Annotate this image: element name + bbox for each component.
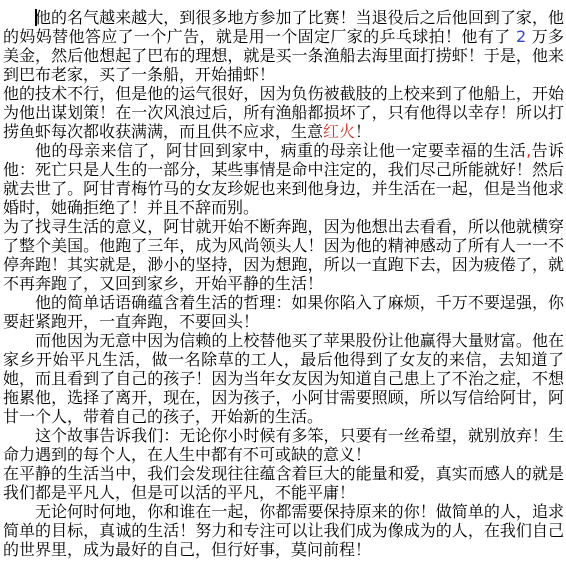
text-run: ！: [355, 122, 371, 141]
document-body[interactable]: 他的名气越来越大，到很多地方参加了比赛！当退役后之后他回到了家，他的妈妈替他答应…: [0, 0, 566, 559]
paragraph[interactable]: 他的名气越来越大，到很多地方参加了比赛！当退役后之后他回到了家，他的妈妈替他答应…: [3, 8, 564, 84]
paragraph[interactable]: 他的母亲来信了，阿甘回到家中，病重的母亲让他一定要幸福的生活,告诉他：死亡只是人…: [3, 141, 564, 217]
paragraph[interactable]: 这个故事告诉我们：无论你小时候有多笨，只要有一丝希望，就别放弃！生命力遇到的每个…: [3, 426, 564, 464]
red-highlight-text: 红火: [323, 122, 355, 141]
text-run: 他的名气越来越大，到很多地方参加了比赛！当退役后之后他回到了家，他的妈妈替他答应…: [3, 8, 564, 46]
text-run: 在平静的生活当中，我们会发现往往蕴含着巨大的能量和爱，真实而感人的就是我们都是平…: [3, 464, 564, 502]
paragraph[interactable]: 而他因为无意中因为信赖的上校替他买了苹果股份让他赢得大量财富。他在家乡开始平凡生…: [3, 331, 564, 426]
paragraph[interactable]: 在平静的生活当中，我们会发现往往蕴含着巨大的能量和爱，真实而感人的就是我们都是平…: [3, 464, 564, 502]
text-run: 为了找寻生活的意义，阿甘就开始不断奔跑，因为他想出去看看，所以他就横穿了整个美国…: [3, 217, 564, 293]
text-run: 而他因为无意中因为信赖的上校替他买了苹果股份让他赢得大量财富。他在家乡开始平凡生…: [3, 331, 564, 426]
text-run: 他的母亲来信了，阿甘回到家中，病重的母亲让他一定要幸福的生活: [35, 141, 526, 160]
document-page: 他的名气越来越大，到很多地方参加了比赛！当退役后之后他回到了家，他的妈妈替他答应…: [0, 0, 566, 570]
blue-number-text: 2: [516, 27, 526, 46]
paragraph[interactable]: 他的技术不行，但是他的运气很好，因为负伤被截肢的上校来到了他船上，开始为他出谋划…: [3, 84, 564, 141]
paragraph[interactable]: 无论何时何地，你和谁在一起，你都需要保持原来的你！做简单的人，追求简单的目标，真…: [3, 502, 564, 559]
paragraph[interactable]: 为了找寻生活的意义，阿甘就开始不断奔跑，因为他想出去看看，所以他就横穿了整个美国…: [3, 217, 564, 293]
text-run: 无论何时何地，你和谁在一起，你都需要保持原来的你！做简单的人，追求简单的目标，真…: [3, 502, 564, 559]
text-cursor: [35, 9, 37, 26]
paragraph[interactable]: 他的简单话语确蕴含着生活的哲理：如果你陷入了麻烦，千万不要逞强，你要赶紧跑开，一…: [3, 293, 564, 331]
text-run: 他的技术不行，但是他的运气很好，因为负伤被截肢的上校来到了他船上，开始为他出谋划…: [3, 84, 564, 141]
text-run: 他的简单话语确蕴含着生活的哲理：如果你陷入了麻烦，千万不要逞强，你要赶紧跑开，一…: [3, 293, 564, 331]
text-run: 这个故事告诉我们：无论你小时候有多笨，只要有一丝希望，就别放弃！生命力遇到的每个…: [3, 426, 564, 464]
